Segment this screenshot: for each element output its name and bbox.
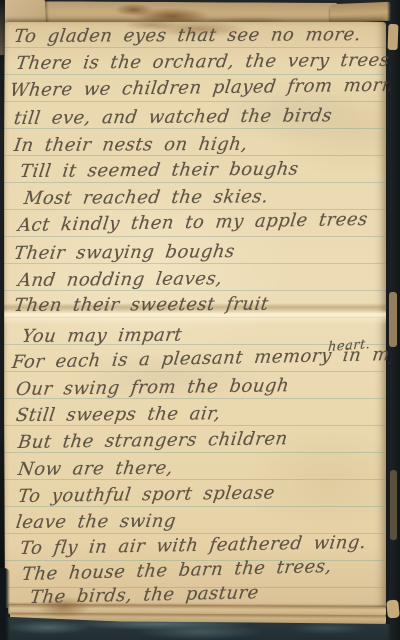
handwritten-line-4: till eve, and watched the birds <box>13 106 334 129</box>
handwritten-line-1: To gladen eyes that see no more. <box>13 25 363 47</box>
right-cover-edge <box>387 0 400 640</box>
fore-edge-patch <box>390 470 397 540</box>
handwritten-line-12: You may impart <box>21 326 184 347</box>
handwritten-line-9: Their swaying boughs <box>13 242 236 264</box>
heart-annotation: heart. <box>327 335 371 358</box>
notebook-page: To gladen eyes that see no more.There is… <box>4 22 386 608</box>
notebook-photo: To gladen eyes that see no more.There is… <box>0 0 400 640</box>
left-shadow-edge <box>0 0 5 640</box>
handwritten-line-21: The house the barn the trees, <box>21 557 333 585</box>
handwritten-line-20: To fly in air with feathered wing. <box>19 533 368 559</box>
handwriting-layer: To gladen eyes that see no more.There is… <box>4 22 386 608</box>
handwritten-line-14: Our swing from the bough <box>15 376 291 400</box>
page-top-rolled-edge <box>330 2 393 24</box>
handwritten-line-16: But the strangers children <box>17 429 289 453</box>
handwritten-line-5: In their nests on high, <box>13 135 249 156</box>
fore-edge-patch <box>388 24 399 50</box>
handwritten-line-8: Act kindly then to my apple trees <box>17 210 369 236</box>
handwritten-line-7: Most reached the skies. <box>23 187 270 209</box>
handwritten-line-10: And nodding leaves, <box>17 269 224 291</box>
fore-edge-patch <box>386 599 400 618</box>
handwritten-line-17: Now are there, <box>17 459 175 480</box>
handwritten-line-18: To youthful sport splease <box>17 483 276 507</box>
handwritten-line-2: There is the orchard, the very trees, <box>15 51 397 74</box>
fore-edge-patch <box>389 292 397 347</box>
handwritten-line-6: Till it seemed their boughs <box>19 160 300 182</box>
handwritten-line-3: Where we children played from morn <box>9 76 395 101</box>
handwritten-line-15: Still sweeps the air, <box>15 404 222 426</box>
handwritten-line-11: Then their sweetest fruit <box>13 295 270 316</box>
bottom-left-corner-shadow <box>0 568 10 640</box>
bottom-edge-stain <box>36 596 91 618</box>
handwritten-line-19: leave the swing <box>15 512 178 533</box>
